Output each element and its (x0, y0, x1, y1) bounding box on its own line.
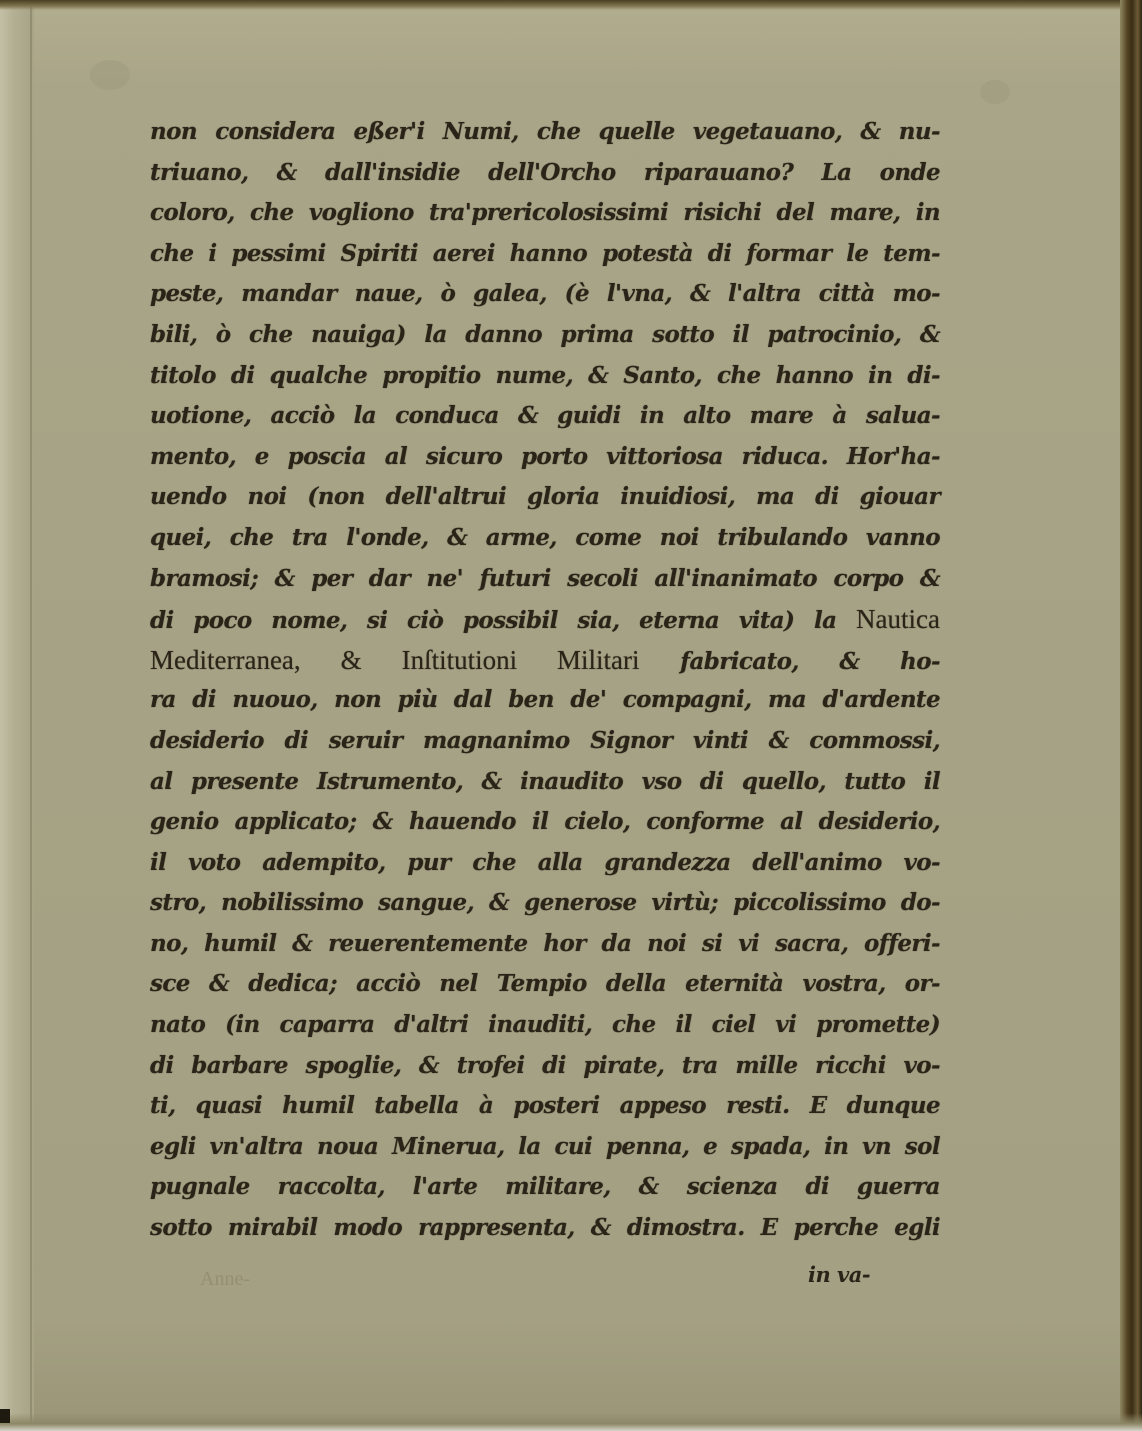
line-text: di barbare spoglie, & trofei di pirate, … (150, 1052, 940, 1079)
text-line: desiderio di seruir magnanimo Signor vin… (150, 721, 940, 762)
text-line: titolo di qualche propitio nume, & Santo… (150, 356, 940, 397)
line-text: che i pessimi Spiriti aerei hanno potest… (150, 240, 940, 267)
body-text: non considera eßer'i Numi, che quelle ve… (150, 112, 940, 1249)
text-line: triuano, & dall'insidie dell'Orcho ripar… (150, 153, 940, 194)
line-text: no, humil & reuerentemente hor da noi si… (150, 930, 940, 957)
line-text: egli vn'altra noua Minerua, la cui penna… (150, 1133, 940, 1160)
text-line: egli vn'altra noua Minerua, la cui penna… (150, 1127, 940, 1168)
line-text: coloro, che vogliono tra'prericolosissim… (150, 199, 940, 226)
line-text: triuano, & dall'insidie dell'Orcho ripar… (150, 159, 940, 186)
text-line: sotto mirabil modo rappresenta, & dimost… (150, 1208, 940, 1249)
text-line: uotione, acciò la conduca & guidi in alt… (150, 396, 940, 437)
text-line: coloro, che vogliono tra'prericolosissim… (150, 193, 940, 234)
text-line: ra di nuouo, non più dal ben de' compagn… (150, 680, 940, 721)
text-line: sce & dedica; acciò nel Tempio della ete… (150, 964, 940, 1005)
text-line: Mediterranea, & Inſtitutioni Militari fa… (150, 640, 940, 681)
line-text: stro, nobilissimo sangue, & generose vir… (150, 889, 940, 916)
paper-stain (980, 80, 1010, 104)
line-text: ti, quasi humil tabella à posteri appeso… (150, 1092, 940, 1119)
line-text: quei, che tra l'onde, & arme, come noi t… (150, 524, 940, 551)
paper-stain (90, 60, 130, 90)
line-text: non considera eßer'i Numi, che quelle ve… (150, 118, 940, 145)
text-line: pugnale raccolta, l'arte militare, & sci… (150, 1167, 940, 1208)
catchword: in va- (808, 1262, 870, 1287)
text-line: quei, che tra l'onde, & arme, come noi t… (150, 518, 940, 559)
line-text: peste, mandar naue, ò galea, (è l'vna, &… (150, 280, 940, 307)
line-text: il voto adempito, pur che alla grandezza… (150, 849, 940, 876)
line-text: al presente Istrumento, & inaudito vso d… (150, 768, 940, 795)
page-fold-line (30, 0, 32, 1431)
text-line: non considera eßer'i Numi, che quelle ve… (150, 112, 940, 153)
text-line: mento, e poscia al sicuro porto vittorio… (150, 437, 940, 478)
line-text: desiderio di seruir magnanimo Signor vin… (150, 727, 940, 754)
book-title-roman: Mediterranea, & Inſtitutioni Militari (150, 645, 640, 675)
book-binding-edge (1120, 0, 1142, 1431)
line-text: uendo noi (non dell'altrui gloria inuidi… (150, 483, 940, 510)
text-line: peste, mandar naue, ò galea, (è l'vna, &… (150, 274, 940, 315)
book-title-roman: Nautica (856, 604, 940, 634)
text-line: il voto adempito, pur che alla grandezza… (150, 843, 940, 884)
text-line: di barbare spoglie, & trofei di pirate, … (150, 1046, 940, 1087)
text-line: ti, quasi humil tabella à posteri appeso… (150, 1086, 940, 1127)
line-text: fabricato, & ho- (680, 648, 940, 675)
text-line: no, humil & reuerentemente hor da noi si… (150, 924, 940, 965)
text-line: nato (in caparra d'altri inauditi, che i… (150, 1005, 940, 1046)
line-text: uotione, acciò la conduca & guidi in alt… (150, 402, 940, 429)
line-text: bili, ò che nauiga) la danno prima sotto… (150, 321, 940, 348)
line-text: mento, e poscia al sicuro porto vittorio… (150, 443, 940, 470)
bleed-through-text: Anne- (200, 1268, 250, 1291)
line-text: di poco nome, si ciò possibil sia, etern… (150, 607, 836, 634)
text-line: bili, ò che nauiga) la danno prima sotto… (150, 315, 940, 356)
line-text: titolo di qualche propitio nume, & Santo… (150, 362, 940, 389)
line-text: pugnale raccolta, l'arte militare, & sci… (150, 1173, 940, 1200)
text-line: di poco nome, si ciò possibil sia, etern… (150, 599, 940, 640)
text-line: bramosi; & per dar ne' futuri secoli all… (150, 559, 940, 600)
text-line: al presente Istrumento, & inaudito vso d… (150, 762, 940, 803)
page-gutter (0, 0, 34, 1431)
line-text: ra di nuouo, non più dal ben de' compagn… (150, 686, 940, 713)
line-text: bramosi; & per dar ne' futuri secoli all… (150, 565, 940, 592)
text-line: uendo noi (non dell'altrui gloria inuidi… (150, 477, 940, 518)
line-text: sce & dedica; acciò nel Tempio della ete… (150, 970, 940, 997)
text-line: genio applicato; & hauendo il cielo, con… (150, 802, 940, 843)
page-bottom-edge (0, 1413, 1142, 1431)
scanned-book-page: Anne- non considera eßer'i Numi, che que… (0, 0, 1142, 1431)
text-line: stro, nobilissimo sangue, & generose vir… (150, 883, 940, 924)
line-text: nato (in caparra d'altri inauditi, che i… (150, 1011, 940, 1038)
scan-corner-mark (0, 1409, 10, 1423)
line-text: sotto mirabil modo rappresenta, & dimost… (150, 1214, 940, 1241)
page-top-edge (0, 0, 1142, 10)
text-line: che i pessimi Spiriti aerei hanno potest… (150, 234, 940, 275)
line-text: genio applicato; & hauendo il cielo, con… (150, 808, 940, 835)
